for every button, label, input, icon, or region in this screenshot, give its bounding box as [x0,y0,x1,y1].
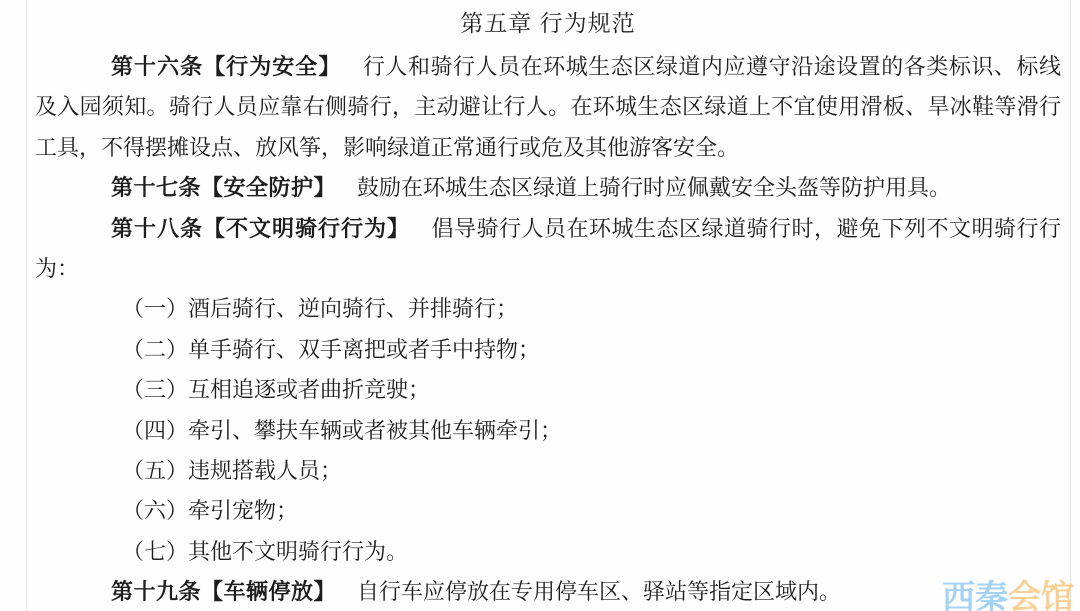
left-page-edge-line [26,0,27,611]
list-item-6: （六）牵引宠物； [35,491,1061,531]
article-17-body-text: 鼓励在环城生态区绿道上骑行时应佩戴安全头盔等防护用具。 [357,175,951,200]
article-16-label: 第十六条【行为安全】 [111,54,341,79]
chapter-title: 第五章 行为规范 [35,0,1061,47]
list-item-2: （二）单手骑行、双手离把或者手中持物； [35,330,1061,370]
list-item-3: （三）互相追逐或者曲折竞驶； [35,370,1061,410]
article-17-paragraph: 第十七条【安全防护】鼓励在环城生态区绿道上骑行时应佩戴安全头盔等防护用具。 [35,168,1061,208]
article-16-paragraph: 第十六条【行为安全】行人和骑行人员在环城生态区绿道内应遵守沿途设置的各类标识、标… [35,47,1061,168]
article-19-body-text: 自行车应停放在专用停车区、驿站等指定区域内。 [357,579,841,604]
article-17-label: 第十七条【安全防护】 [111,175,336,200]
article-19-label: 第十九条【车辆停放】 [111,579,336,604]
document-content: 第五章 行为规范 第十六条【行为安全】行人和骑行人员在环城生态区绿道内应遵守沿途… [35,0,1061,611]
article-18-label: 第十八条【不文明骑行行为】 [111,216,410,241]
document-page: { "document": { "chapter_title": "第五章 行为… [0,0,1080,611]
right-page-edge-line [1070,0,1071,611]
list-item-5: （五）违规搭载人员； [35,451,1061,491]
article-18-paragraph: 第十八条【不文明骑行行为】倡导骑行人员在环城生态区绿道骑行时，避免下列不文明骑行… [35,209,1061,290]
list-item-1: （一）酒后骑行、逆向骑行、并排骑行； [35,289,1061,329]
article-19-paragraph: 第十九条【车辆停放】自行车应停放在专用停车区、驿站等指定区域内。 [35,572,1061,611]
list-item-4: （四）牵引、攀扶车辆或者被其他车辆牵引； [35,411,1061,451]
list-item-7: （七）其他不文明骑行行为。 [35,532,1061,572]
